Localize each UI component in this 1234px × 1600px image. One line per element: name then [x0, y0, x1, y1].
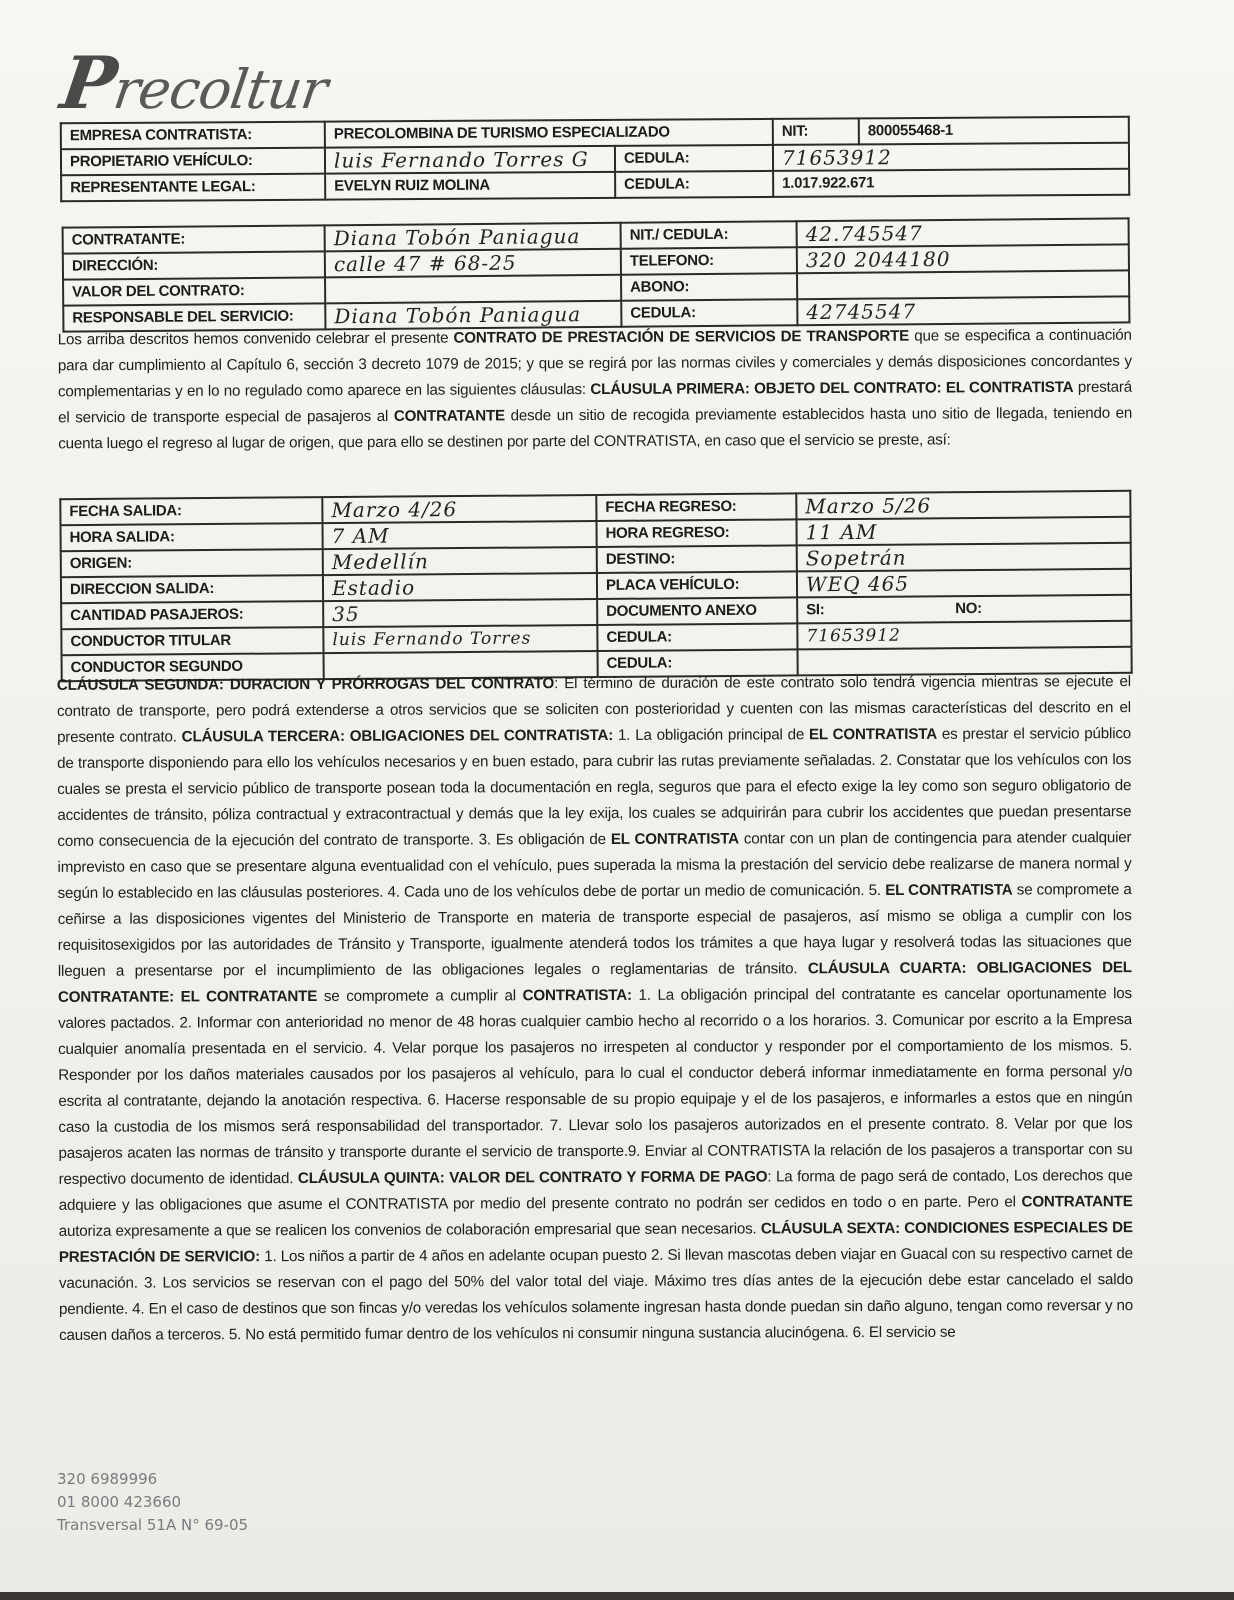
- contract-page: Precoltur EMPRESA CONTRATISTA: PRECOLOMB…: [0, 0, 1234, 1600]
- intro-paragraph: Los arriba descritos hemos convenido cel…: [58, 323, 1133, 458]
- direccion-label: DIRECCIÓN:: [63, 251, 325, 279]
- clause-2-title: CLÁUSULA SEGUNDA: DURACION Y PRÓRROGAS D…: [57, 675, 554, 694]
- abono-value: [797, 270, 1129, 299]
- direccion-salida-label: DIRECCION SALIDA:: [61, 575, 323, 603]
- hora-regreso-value: 11 AM: [796, 517, 1130, 546]
- direccion-salida-value: Estadio: [323, 573, 597, 601]
- valor-value: [325, 275, 621, 304]
- destino-label: DESTINO:: [597, 545, 797, 573]
- hora-salida-value: 7 AM: [322, 521, 596, 549]
- conductor-titular-value: luis Fernando Torres: [323, 625, 597, 653]
- documento-no-label: NO:: [947, 595, 1131, 622]
- direccion-value: calle 47 # 68-25: [325, 249, 621, 278]
- propietario-cedula-value: 71653912: [773, 143, 1129, 171]
- fecha-salida-value: Marzo 4/26: [322, 495, 596, 523]
- contract-title-inline: CONTRATO DE PRESTACIÓN DE SERVICIOS DE T…: [453, 328, 909, 347]
- telefono-label: TELEFONO:: [621, 247, 797, 275]
- conductor-titular-cedula-value: 71653912: [797, 621, 1131, 650]
- responsable-cedula-value: 42745547: [797, 296, 1129, 325]
- clause-1-bold: CONTRATANTE: [394, 407, 505, 424]
- documento-anexo-label: DOCUMENTO ANEXO: [597, 597, 797, 625]
- clause-5-bold: CONTRATANTE: [1022, 1193, 1133, 1210]
- nit-cedula-value: 42.745547: [797, 218, 1129, 247]
- footer-phone: 320 6989996: [57, 1468, 248, 1491]
- nit-label: NIT:: [773, 118, 859, 145]
- origen-value: Medellín: [323, 547, 597, 575]
- propietario-cedula-label: CEDULA:: [615, 145, 773, 172]
- representante-cedula-value: 1.017.922.671: [773, 169, 1129, 197]
- responsable-cedula-label: CEDULA:: [621, 299, 797, 327]
- abono-label: ABONO:: [621, 273, 797, 301]
- page-bottom-edge: [0, 1592, 1234, 1600]
- placa-label: PLACA VEHÍCULO:: [597, 571, 797, 599]
- intro-text: Los arriba descritos hemos convenido cel…: [58, 330, 454, 349]
- fecha-regreso-value: Marzo 5/26: [796, 491, 1130, 520]
- clause-4-text: se compromete a cumplir al: [317, 987, 522, 1005]
- company-info-table: EMPRESA CONTRATISTA: PRECOLOMBINA DE TUR…: [60, 116, 1130, 203]
- contratante-label: CONTRATANTE:: [63, 225, 325, 253]
- conductor-titular-label: CONDUCTOR TITULAR: [61, 627, 323, 655]
- documento-si-label: SI:: [797, 596, 947, 623]
- clause-4-bold: CONTRATISTA:: [523, 987, 632, 1004]
- clause-4-text: 1. La obligación principal del contratan…: [58, 985, 1133, 1188]
- fecha-salida-label: FECHA SALIDA:: [60, 497, 322, 525]
- pasajeros-value: 35: [323, 599, 597, 627]
- representante-label: REPRESENTANTE LEGAL:: [61, 174, 325, 202]
- clause-3-bold: EL CONTRATISTA: [885, 882, 1012, 899]
- telefono-value: 320 2044180: [797, 244, 1129, 273]
- client-info-table: CONTRATANTE: Diana Tobón Paniagua NIT./ …: [62, 217, 1131, 332]
- nit-value: 800055468-1: [859, 117, 1129, 145]
- nit-cedula-label: NIT./ CEDULA:: [621, 221, 797, 249]
- logo-text: recoltur: [110, 58, 331, 121]
- conductor-titular-cedula-label: CEDULA:: [597, 623, 797, 651]
- fecha-regreso-label: FECHA REGRESO:: [596, 493, 796, 521]
- row-representante: REPRESENTANTE LEGAL: EVELYN RUIZ MOLINA …: [61, 169, 1129, 202]
- trip-details-table: FECHA SALIDA: Marzo 4/26 FECHA REGRESO: …: [59, 490, 1132, 682]
- hora-regreso-label: HORA REGRESO:: [596, 519, 796, 547]
- clauses-body: CLÁUSULA SEGUNDA: DURACION Y PRÓRROGAS D…: [57, 669, 1133, 1349]
- contratante-value: Diana Tobón Paniagua: [325, 223, 621, 252]
- representante-value: EVELYN RUIZ MOLINA: [325, 172, 615, 200]
- propietario-label: PROPIETARIO VEHÍCULO:: [61, 148, 325, 176]
- company-contact-footer: 320 6989996 01 8000 423660 Transversal 5…: [57, 1468, 248, 1537]
- empresa-label: EMPRESA CONTRATISTA:: [61, 122, 325, 150]
- valor-label: VALOR DEL CONTRATO:: [63, 277, 325, 305]
- empresa-value: PRECOLOMBINA DE TURISMO ESPECIALIZADO: [325, 119, 773, 148]
- clause-3-text: 1. La obligación principal de: [613, 726, 809, 744]
- representante-cedula-label: CEDULA:: [615, 171, 773, 198]
- placa-value: WEQ 465: [797, 569, 1131, 598]
- company-logo: Precoltur: [56, 40, 333, 125]
- footer-toll-free: 01 8000 423660: [57, 1491, 248, 1514]
- clause-3-title: CLÁUSULA TERCERA: OBLIGACIONES DEL CONTR…: [182, 727, 614, 746]
- hora-salida-label: HORA SALIDA:: [61, 523, 323, 551]
- destino-value: Sopetrán: [797, 543, 1131, 572]
- propietario-value: luis Fernando Torres G: [325, 146, 615, 174]
- pasajeros-label: CANTIDAD PASAJEROS:: [61, 601, 323, 629]
- clause-3-bold: EL CONTRATISTA: [611, 830, 739, 847]
- footer-address: Transversal 51A N° 69-05: [57, 1514, 248, 1537]
- clause-3-bold: EL CONTRATISTA: [809, 726, 937, 743]
- clause-5-title: CLÁUSULA QUINTA: VALOR DEL CONTRATO Y FO…: [298, 1168, 768, 1187]
- origen-label: ORIGEN:: [61, 549, 323, 577]
- clause-5-text: autoriza expresamente a que se realicen …: [59, 1220, 761, 1239]
- clause-1-title: CLÁUSULA PRIMERA: OBJETO DEL CONTRATO: E…: [590, 379, 1073, 398]
